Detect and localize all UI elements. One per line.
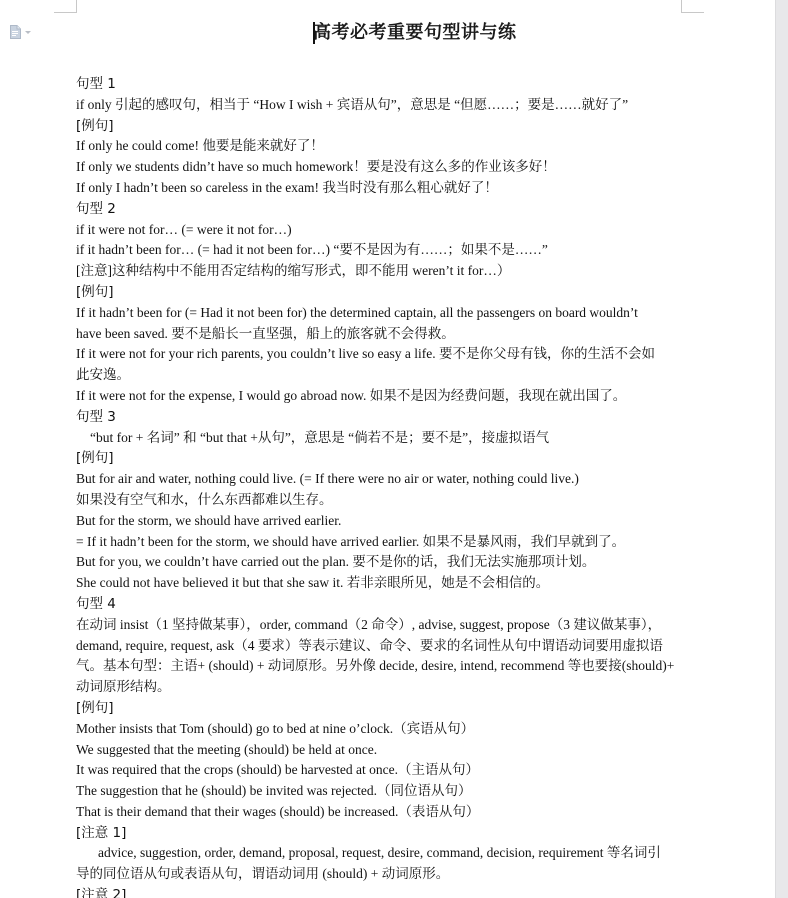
note-label: [注意 1] bbox=[76, 823, 686, 844]
document-icon bbox=[10, 25, 21, 39]
example-sentence: 如果没有空气和水，什么东西都难以生存。 bbox=[76, 490, 686, 511]
example-sentence: But for air and water, nothing could liv… bbox=[76, 469, 686, 490]
example-label: [例句] bbox=[76, 698, 686, 719]
example-sentence: If it hadn’t been for (= Had it not been… bbox=[76, 303, 686, 324]
example-label: [例句] bbox=[76, 116, 686, 137]
example-sentence: Mother insists that Tom (should) go to b… bbox=[76, 719, 686, 740]
example-sentence: If only I hadn’t been so careless in the… bbox=[76, 178, 686, 199]
paragraph-line: “but for + 名词” 和 “but that +从句”，意思是 “倘若不… bbox=[76, 428, 686, 449]
section-heading: 句型 1 bbox=[76, 74, 686, 95]
chevron-down-icon bbox=[25, 31, 31, 34]
document-body[interactable]: 句型 1 if only 引起的感叹句，相当于 “How I wish + 宾语… bbox=[76, 74, 686, 898]
paragraph-line: 动词原形结构。 bbox=[76, 677, 686, 698]
example-label: [例句] bbox=[76, 448, 686, 469]
document-title[interactable]: 高考必考重要句型讲与练 bbox=[313, 20, 517, 46]
example-sentence: The suggestion that he (should) be invit… bbox=[76, 781, 686, 802]
margin-corner-mark-top-right bbox=[681, 0, 704, 13]
paragraph-line: 气。基本句型：主语+ (should) + 动词原形。另外像 decide, d… bbox=[76, 656, 686, 677]
section-heading: 句型 2 bbox=[76, 199, 686, 220]
paragraph-line: if only 引起的感叹句，相当于 “How I wish + 宾语从句”，意… bbox=[76, 95, 686, 116]
margin-corner-mark-top-left bbox=[54, 0, 77, 13]
paragraph-line: if it hadn’t been for… (= had it not bee… bbox=[76, 240, 686, 261]
example-sentence: If it were not for your rich parents, yo… bbox=[76, 344, 686, 365]
section-heading: 句型 3 bbox=[76, 407, 686, 428]
example-sentence: We suggested that the meeting (should) b… bbox=[76, 740, 686, 761]
paragraph-line: 导的同位语从句或表语从句，谓语动词用 (should) + 动词原形。 bbox=[76, 864, 686, 885]
document-page: 高考必考重要句型讲与练 句型 1 if only 引起的感叹句，相当于 “How… bbox=[0, 0, 764, 898]
example-sentence: If only he could come! 他要是能来就好了！ bbox=[76, 136, 686, 157]
paragraph-line: if it were not for… (= were it not for…) bbox=[76, 220, 686, 241]
example-sentence: have been saved. 要不是船长一直坚强，船上的旅客就不会得救。 bbox=[76, 324, 686, 345]
example-sentence: It was required that the crops (should) … bbox=[76, 760, 686, 781]
section-heading: 句型 4 bbox=[76, 594, 686, 615]
example-sentence: = If it hadn’t been for the storm, we sh… bbox=[76, 532, 686, 553]
paragraph-line: advice, suggestion, order, demand, propo… bbox=[76, 843, 686, 864]
example-sentence: But for the storm, we should have arrive… bbox=[76, 511, 686, 532]
vertical-scrollbar[interactable] bbox=[775, 0, 788, 898]
example-sentence: If only we students didn’t have so much … bbox=[76, 157, 686, 178]
paragraph-line: 在动词 insist（1 坚持做某事），order, command（2 命令）… bbox=[76, 615, 686, 636]
note-line: [注意]这种结构中不能用否定结构的缩写形式，即不能用 weren’t it fo… bbox=[76, 261, 686, 282]
example-sentence: If it were not for the expense, I would … bbox=[76, 386, 686, 407]
example-sentence: 此安逸。 bbox=[76, 365, 686, 386]
document-menu-button[interactable] bbox=[10, 25, 31, 39]
example-sentence: But for you, we couldn’t have carried ou… bbox=[76, 552, 686, 573]
example-label: [例句] bbox=[76, 282, 686, 303]
note-label: [注意 2] bbox=[76, 885, 686, 898]
example-sentence: She could not have believed it but that … bbox=[76, 573, 686, 594]
paragraph-line: demand, require, request, ask（4 要求）等表示建议… bbox=[76, 636, 686, 657]
example-sentence: That is their demand that their wages (s… bbox=[76, 802, 686, 823]
